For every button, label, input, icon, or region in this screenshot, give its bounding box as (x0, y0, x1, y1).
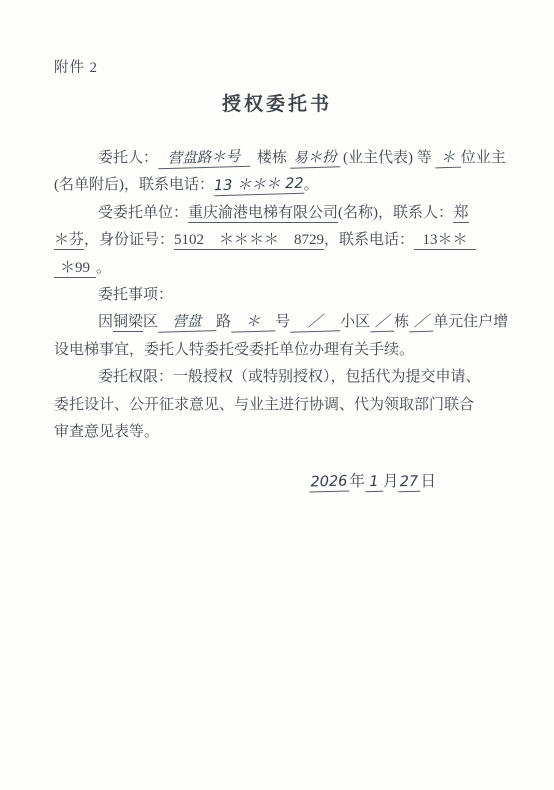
text-segment: 路 (216, 314, 231, 330)
text-segment: (名单附后)，联系电话： (54, 177, 214, 193)
line-client-phone: (名单附后)，联系电话：13 ＊＊＊ 22。 (54, 172, 500, 199)
blank-client-address: 营盘路＊号 (158, 149, 250, 170)
text-segment: 号 (275, 314, 290, 330)
text-segment: 栋 (394, 314, 409, 330)
blank-date-month: 1 (365, 474, 383, 492)
text-segment: 。 (96, 260, 111, 276)
line-agent-unit: 受委托单位：重庆渝港电梯有限公司(名称)，联系人：郑 (54, 200, 500, 227)
attachment-label: 附件 2 (54, 56, 500, 77)
blank-road-number: ＊ (231, 314, 275, 333)
blank-agent-contact-part1: 郑 (453, 205, 469, 223)
blank-date-day: 27 (398, 474, 420, 493)
text-segment: ，身份证号： (84, 232, 174, 248)
blank-owner-count: ＊ (435, 150, 461, 169)
text-segment: ，联系电话： (324, 232, 414, 248)
line-matters-heading: 委托事项： (54, 282, 500, 309)
text-segment: 月 (383, 473, 399, 490)
text-segment: 。 (304, 177, 319, 193)
text-segment: 委托人： (98, 150, 158, 166)
text-segment: (名称)，联系人： (338, 205, 453, 221)
text-segment: 单元住户增 (433, 314, 508, 330)
text-segment: (业主代表) 等 (343, 150, 432, 166)
document-title: 授权委托书 (54, 89, 500, 116)
blank-building: ／ (370, 314, 394, 333)
blank-unit: ／ (409, 314, 433, 333)
blank-date-year: 2026 (309, 474, 349, 493)
blank-agent-phone-part2: ＊99 (54, 260, 96, 278)
line-client: 委托人：营盘路＊号楼栋易＊扮(业主代表) 等＊位业主 (54, 145, 500, 172)
blank-agent-phone-part1: 13＊＊ (414, 232, 476, 250)
text-segment: 年 (349, 473, 365, 490)
text-segment: 因 (98, 314, 113, 330)
text-segment: 受委托单位： (98, 205, 188, 221)
line-authority-2: 委托设计、公开征求意见、与业主进行协调、代为领取部门联合 (54, 392, 500, 419)
line-matters-detail: 因铜梁区营盘路＊号／小区／栋／单元住户增 (54, 309, 500, 336)
line-authority-3: 审查意见表等。 (54, 419, 500, 446)
text-segment: 日 (420, 473, 436, 490)
blank-agent-company: 重庆渝港电梯有限公司 (188, 205, 338, 223)
text-segment: 楼栋 (257, 150, 287, 166)
line-authority-1: 委托权限：一般授权（或特别授权），包括代为提交申请、 (54, 364, 500, 391)
blank-road-name: 营盘 (158, 314, 216, 334)
text-segment: 区 (143, 314, 158, 330)
text-segment: 小区 (340, 314, 370, 330)
blank-agent-contact-part2: ＊芬 (54, 232, 84, 250)
text-segment: 位业主 (461, 150, 506, 166)
document-body: 委托人：营盘路＊号楼栋易＊扮(业主代表) 等＊位业主 (名单附后)，联系电话：1… (54, 145, 500, 446)
line-agent-id: ＊芬，身份证号：5102 ＊＊＊＊ 8729，联系电话：13＊＊ (54, 227, 500, 254)
date-line: 2026年1月27日 (54, 469, 500, 492)
document-page: 附件 2 授权委托书 委托人：营盘路＊号楼栋易＊扮(业主代表) 等＊位业主 (名… (0, 0, 554, 790)
line-matters-continue: 设电梯事宜，委托人特委托受委托单位办理有关手续。 (54, 337, 500, 364)
blank-district: 铜梁 (113, 314, 143, 332)
blank-agent-id-number: 5102 ＊＊＊＊ 8729 (174, 232, 324, 250)
blank-community: ／ (290, 314, 340, 333)
blank-client-name: 易＊扮 (290, 149, 340, 168)
document-content: 附件 2 授权委托书 委托人：营盘路＊号楼栋易＊扮(业主代表) 等＊位业主 (名… (0, 0, 554, 492)
line-agent-phone-wrap: ＊99。 (54, 255, 500, 282)
blank-client-phone: 13 ＊＊＊ 22 (214, 176, 304, 196)
